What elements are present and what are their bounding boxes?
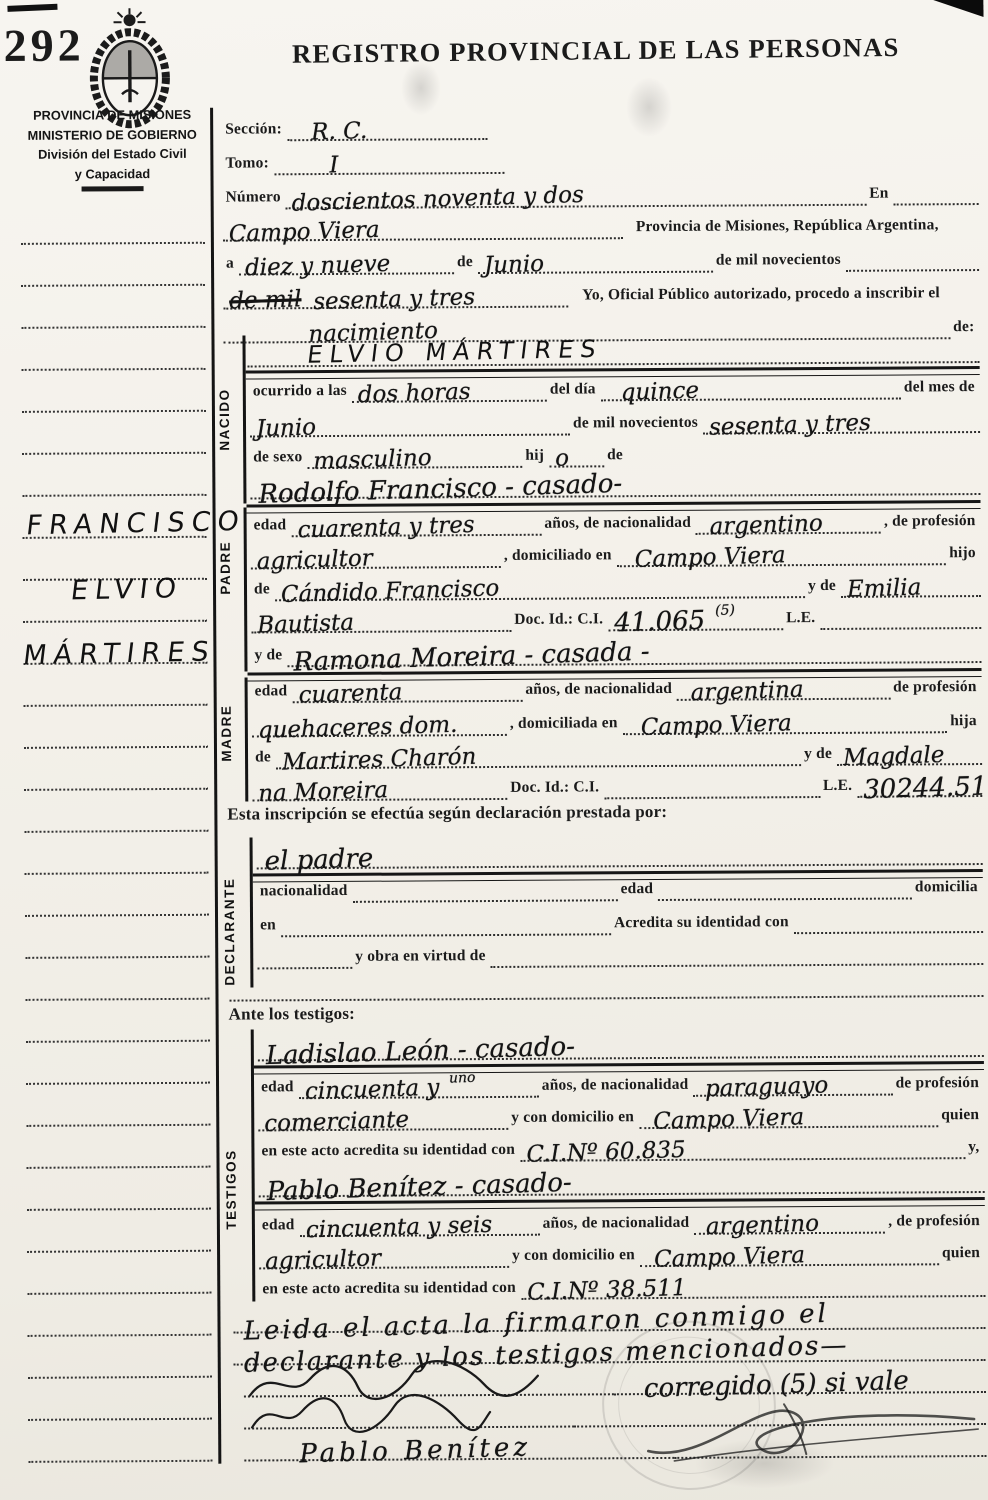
margin-name-last: MÁRTIRES — [21, 636, 217, 671]
nacido-bracket — [242, 336, 246, 504]
declarante-edad-label: edad — [617, 880, 658, 901]
novecientos-label: de mil novecientos — [713, 251, 846, 273]
declarante-domicilia-label: domicilia — [912, 878, 983, 899]
row-testigo1-doc: en este acto acredita su identidad con C… — [258, 1125, 984, 1163]
section-label-nacido: NACIDO — [217, 374, 233, 466]
letterhead-line-4: y Capacidad — [12, 163, 212, 184]
row-madre-nombre: y de Ramona Moreira - casada - — [251, 629, 981, 667]
firma-testigo2-field: Pablo Benítez — [244, 1439, 674, 1462]
row-declarante-datos1: nacionalidad edad domicilia — [257, 865, 983, 903]
form-left-rule — [210, 108, 221, 1464]
padre-doc-field: 41.065 (5) — [608, 610, 783, 631]
tomo-field: I — [274, 156, 504, 175]
section-label-padre: PADRE — [218, 526, 234, 610]
madre-bracket — [245, 678, 248, 802]
firma-testigo1-field — [244, 1392, 574, 1430]
padre-abuela-cont-field: Bautista — [251, 614, 511, 633]
row-seccion: Sección: R. C. — [222, 103, 978, 142]
madre-nacionalidad-label: años, de nacionalidad — [522, 680, 677, 702]
declaracion-intro-label: Esta inscripción se efectúa según declar… — [224, 802, 672, 828]
row-tomo: Tomo: I — [222, 137, 978, 176]
declarante-nacionalidad-label: nacionalidad — [257, 882, 353, 904]
row-nombre-padre: Rodolfo Francisco - casado- — [250, 461, 980, 499]
del-mes-label: del mes de — [901, 378, 980, 399]
madre-y-de-label: y de — [251, 646, 287, 667]
row-ante-testigos: Ante los testigos: — [225, 989, 983, 1028]
a-label: a — [223, 255, 239, 276]
madre-nacionalidad-field: argentina — [677, 682, 890, 701]
en-label: En — [866, 185, 893, 206]
seccion-label: Sección: — [222, 120, 287, 141]
row-declaracion-intro: Esta inscripción se efectúa según declar… — [224, 789, 982, 828]
padre-bracket — [244, 508, 248, 672]
del-dia-label: del día — [547, 380, 601, 401]
padre-doc-label: Doc. Id.: C.I. — [511, 610, 608, 632]
firma-testigo2-value: Pablo Benítez — [244, 1436, 537, 1467]
row-declarante-quien: el padre — [257, 831, 983, 869]
letterhead-line-2: MINISTERIO DE GOBIERNO — [12, 124, 212, 145]
mes-field: Junio — [478, 255, 713, 274]
testigo2-nombre-value: Pablo Benítez - casado- — [258, 1172, 578, 1204]
section-label-testigos: TESTIGOS — [223, 1142, 239, 1238]
testigo1-acredita-label: en este acto acredita su identidad con — [258, 1141, 520, 1164]
de-label: de — [454, 253, 478, 274]
declarante-en-label: en — [257, 916, 281, 937]
padre-doc-nota: (5) — [709, 605, 741, 618]
letterhead-line-3: División del Estado Civil — [12, 144, 212, 165]
hora-field: dos horas — [352, 384, 547, 403]
dia-field: diez y nueve — [239, 257, 454, 276]
seccion-field: R. C. — [287, 122, 487, 141]
page-number: 292 — [4, 18, 85, 71]
padre-le-label: L.E. — [783, 609, 820, 630]
letterhead-line-1: PROVINCIA DE MISIONES — [12, 105, 212, 126]
testigo1-edad-sup: uno — [443, 1073, 482, 1086]
madre-edad-field: cuarenta — [292, 684, 522, 703]
padre-de-label: de — [251, 580, 275, 601]
row-testigo2-nombre: Pablo Benítez - casado- — [259, 1159, 985, 1197]
madre-edad-label: edad — [252, 682, 293, 703]
letterhead-underline — [82, 186, 144, 191]
row-nacido-hora: ocurrido a las dos horas del día quince … — [250, 365, 980, 403]
document-title: REGISTRO PROVINCIAL DE LAS PERSONAS — [246, 31, 946, 70]
row-anio: de mil sesenta y tres Yo, Oficial Públic… — [223, 271, 979, 310]
row-fecha: a diez y nueve de Junio de mil novecient… — [223, 237, 979, 276]
scan-content: 292 REGISTRO PROVINCIAL DE LAS PERSONAS … — [0, 0, 988, 1500]
row-testigo1-nombre: Ladislao León - casado- — [258, 1023, 984, 1061]
row-inscripto: ELVIO MÁRTIRES — [247, 327, 979, 367]
madre-profesion-label: de profesión — [890, 678, 982, 700]
certificate-sheet: 292 REGISTRO PROVINCIAL DE LAS PERSONAS … — [0, 0, 988, 1500]
nombre-padre-field: Rodolfo Francisco - casado- — [250, 475, 980, 500]
inscripto-name: ELVIO MÁRTIRES — [246, 335, 605, 370]
section-label-madre: MADRE — [219, 696, 234, 772]
ocurrido-label: ocurrido a las — [250, 382, 352, 404]
dia-nac-field: quince — [601, 382, 901, 401]
hijo-de-label: hijo — [946, 544, 981, 565]
madre-de-label: de — [252, 748, 276, 769]
declarante-bracket — [250, 837, 254, 987]
testigo1-nombre-value: Ladislao León - casado- — [258, 1035, 582, 1067]
scan-corner-artifact — [925, 0, 983, 17]
row-padre-doc: Bautista Doc. Id.: C.I. 41.065 (5) L.E. — [251, 595, 981, 633]
provincia-label: Provincia de Misiones, República Argenti… — [633, 216, 944, 239]
row-madre-edad: edad cuarenta años, de nacionalidad arge… — [252, 665, 982, 703]
letterhead: PROVINCIA DE MISIONES MINISTERIO DE GOBI… — [12, 105, 213, 192]
testigo1-nombre-field: Ladislao León - casado- — [258, 1037, 984, 1062]
testigo1-y-label: y, — [965, 1138, 984, 1159]
margin-name-middle: ELVIO — [69, 573, 185, 606]
oficial-label: Yo, Oficial Público autorizado, procedo … — [568, 284, 945, 307]
oficial-signature-flourish — [634, 1379, 985, 1476]
ante-testigos-label: Ante los testigos: — [226, 1004, 361, 1028]
inscripto-field: ELVIO MÁRTIRES — [247, 335, 979, 367]
tomo-label: Tomo: — [222, 154, 274, 175]
testigo2-nombre-field: Pablo Benítez - casado- — [259, 1173, 985, 1198]
scan-edge-artifact — [7, 4, 57, 12]
madre-nombre-field: Ramona Moreira - casada - — [287, 643, 981, 667]
margin-ruling — [21, 202, 213, 1500]
anio-field: de mil sesenta y tres — [223, 290, 568, 310]
row-lugar: Campo Viera Provincia de Misiones, Repúb… — [223, 203, 979, 242]
